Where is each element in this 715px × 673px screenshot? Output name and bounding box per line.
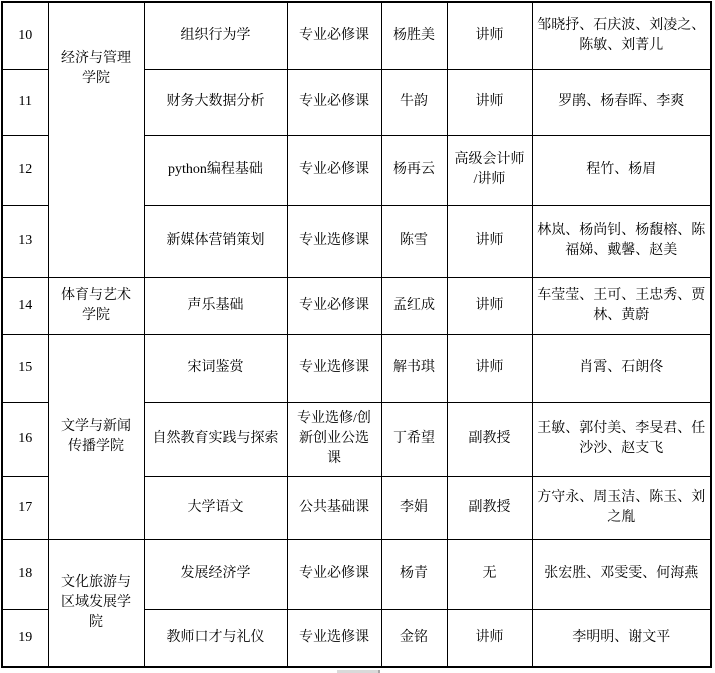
course-name-cell: python编程基础 [144, 135, 287, 205]
teacher-cell: 孟红成 [381, 277, 447, 334]
row-number-cell: 11 [2, 69, 48, 135]
team-cell: 车莹莹、王可、王忠秀、贾 林、黄蔚 [532, 277, 711, 334]
course-type-cell: 专业选修课 [287, 609, 381, 667]
teacher-cell: 金铭 [381, 609, 447, 667]
teacher-cell: 李娟 [381, 476, 447, 539]
course-type-cell: 专业必修课 [287, 277, 381, 334]
row-number-cell: 12 [2, 135, 48, 205]
team-cell: 李明明、谢文平 [532, 609, 711, 667]
row-number-cell: 14 [2, 277, 48, 334]
team-cell: 林岚、杨尚钊、杨馥榕、陈 福娣、戴馨、赵美 [532, 205, 711, 277]
title-cell: 讲师 [447, 69, 532, 135]
course-name-cell: 宋词鉴赏 [144, 334, 287, 402]
row-number-cell: 10 [2, 2, 48, 69]
row-number-cell: 17 [2, 476, 48, 539]
title-cell: 讲师 [447, 205, 532, 277]
title-cell: 副教授 [447, 402, 532, 476]
course-type-cell: 公共基础课 [287, 476, 381, 539]
table-row: 15 文学与新闻 传播学院 宋词鉴赏 专业选修课 解书琪 讲师 肖霄、石朗佟 [2, 334, 711, 402]
teacher-cell: 杨青 [381, 539, 447, 609]
course-type-cell: 专业必修课 [287, 69, 381, 135]
title-cell: 讲师 [447, 609, 532, 667]
table-row: 10 经济与管理 学院 组织行为学 专业必修课 杨胜美 讲师 邹晓抒、石庆波、刘… [2, 2, 711, 69]
college-cell: 文化旅游与 区域发展学 院 [48, 539, 144, 667]
title-cell: 讲师 [447, 277, 532, 334]
course-name-cell: 组织行为学 [144, 2, 287, 69]
row-number-cell: 18 [2, 539, 48, 609]
course-name-cell: 自然教育实践与探索 [144, 402, 287, 476]
course-type-cell: 专业选修课 [287, 205, 381, 277]
course-name-cell: 财务大数据分析 [144, 69, 287, 135]
course-type-cell: 专业选修课 [287, 334, 381, 402]
college-cell: 文学与新闻 传播学院 [48, 334, 144, 539]
team-cell: 方守永、周玉洁、陈玉、刘 之胤 [532, 476, 711, 539]
team-cell: 罗鹃、杨春晖、李爽 [532, 69, 711, 135]
teacher-cell: 杨再云 [381, 135, 447, 205]
row-number-cell: 19 [2, 609, 48, 667]
teacher-cell: 丁希望 [381, 402, 447, 476]
college-cell: 经济与管理 学院 [48, 2, 144, 277]
team-cell: 王敏、郭付美、李旻君、任 沙沙、赵支飞 [532, 402, 711, 476]
table-row: 14 体育与艺术 学院 声乐基础 专业必修课 孟红成 讲师 车莹莹、王可、王忠秀… [2, 277, 711, 334]
course-type-cell: 专业选修/创 新创业公选 课 [287, 402, 381, 476]
teacher-cell: 解书琪 [381, 334, 447, 402]
course-type-cell: 专业必修课 [287, 539, 381, 609]
row-number-cell: 13 [2, 205, 48, 277]
course-name-cell: 发展经济学 [144, 539, 287, 609]
course-name-cell: 新媒体营销策划 [144, 205, 287, 277]
title-cell: 无 [447, 539, 532, 609]
title-cell: 讲师 [447, 2, 532, 69]
teacher-cell: 杨胜美 [381, 2, 447, 69]
page: 10 经济与管理 学院 组织行为学 专业必修课 杨胜美 讲师 邹晓抒、石庆波、刘… [0, 0, 715, 673]
team-cell: 邹晓抒、石庆波、刘凌之、 陈敏、刘菁儿 [532, 2, 711, 69]
course-type-cell: 专业必修课 [287, 2, 381, 69]
course-type-cell: 专业必修课 [287, 135, 381, 205]
course-name-cell: 大学语文 [144, 476, 287, 539]
course-name-cell: 声乐基础 [144, 277, 287, 334]
title-cell: 讲师 [447, 334, 532, 402]
team-cell: 张宏胜、邓雯雯、何海燕 [532, 539, 711, 609]
table-row: 18 文化旅游与 区域发展学 院 发展经济学 专业必修课 杨青 无 张宏胜、邓雯… [2, 539, 711, 609]
title-cell: 副教授 [447, 476, 532, 539]
teacher-cell: 陈雪 [381, 205, 447, 277]
teacher-cell: 牛韵 [381, 69, 447, 135]
team-cell: 肖霄、石朗佟 [532, 334, 711, 402]
row-number-cell: 16 [2, 402, 48, 476]
course-name-cell: 教师口才与礼仪 [144, 609, 287, 667]
team-cell: 程竹、杨眉 [532, 135, 711, 205]
college-cell: 体育与艺术 学院 [48, 277, 144, 334]
row-number-cell: 15 [2, 334, 48, 402]
title-cell: 高级会计师 /讲师 [447, 135, 532, 205]
course-table: 10 经济与管理 学院 组织行为学 专业必修课 杨胜美 讲师 邹晓抒、石庆波、刘… [1, 1, 712, 668]
